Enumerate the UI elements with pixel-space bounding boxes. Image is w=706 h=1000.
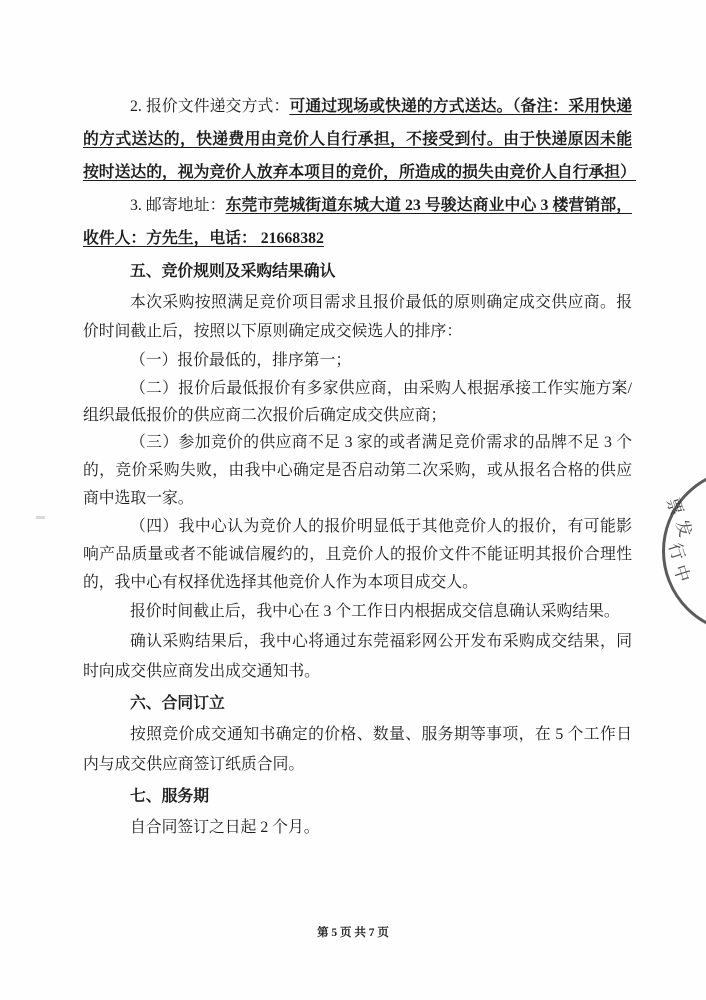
document-page: 2. 报价文件递交方式：可通过现场或快递的方式送达。（备注：采用快递的方式送达的… <box>0 0 706 1000</box>
paragraph-service-period-body: 自合同签订之日起 2 个月。 <box>83 813 632 843</box>
paragraph-rules-intro: 本次采购按照满足竞价项目需求且报价最低的原则确定成交供应商。报价时间截止后，按照… <box>83 288 632 346</box>
paragraph-rule-2: （二）报价后最低报价有多家供应商，由采购人根据承接工作实施方案/组织最低报价的供… <box>83 375 632 429</box>
section-heading-rules: 五、竞价规则及采购结果确认 <box>83 255 632 288</box>
document-body: 2. 报价文件递交方式：可通过现场或快递的方式送达。（备注：采用快递的方式送达的… <box>83 90 632 843</box>
section-heading-service-period: 七、服务期 <box>83 780 632 813</box>
scan-artifact-mark <box>36 516 45 519</box>
paragraph-result-publication: 确认采购结果后，我中心将通过东莞福彩网公开发布采购成交结果，同时向成交供应商发出… <box>83 627 632 687</box>
paragraph-rule-1: （一）报价最低的，排序第一； <box>83 346 632 375</box>
section-heading-contract: 六、合同订立 <box>83 687 632 720</box>
paragraph-mailing-address: 3. 邮寄地址：东莞市莞城街道东城大道 23 号骏达商业中心 3 楼营销部，收件… <box>83 189 632 255</box>
paragraph-rule-4: （四）我中心认为竞价人的报价明显低于其他竞价人的报价，有可能影响产品质量或者不能… <box>83 513 632 597</box>
page-number: 第 5 页 共 7 页 <box>0 924 706 940</box>
paragraph-contract-body: 按照竞价成交通知书确定的价格、数量、服务期等事项，在 5 个工作日内与成交供应商… <box>83 720 632 780</box>
delivery-method-label: 2. 报价文件递交方式： <box>130 98 289 115</box>
mailing-address-label: 3. 邮寄地址： <box>130 197 226 214</box>
paragraph-delivery-method: 2. 报价文件递交方式：可通过现场或快递的方式送达。（备注：采用快递的方式送达的… <box>83 90 632 189</box>
paragraph-result-confirmation: 报价时间截止后，我中心在 3 个工作日内根据成交信息确认采购结果。 <box>83 597 632 627</box>
paragraph-rule-3: （三）参加竞价的供应商不足 3 家的或者满足竞价需求的品牌不足 3 个的，竞价采… <box>83 429 632 513</box>
